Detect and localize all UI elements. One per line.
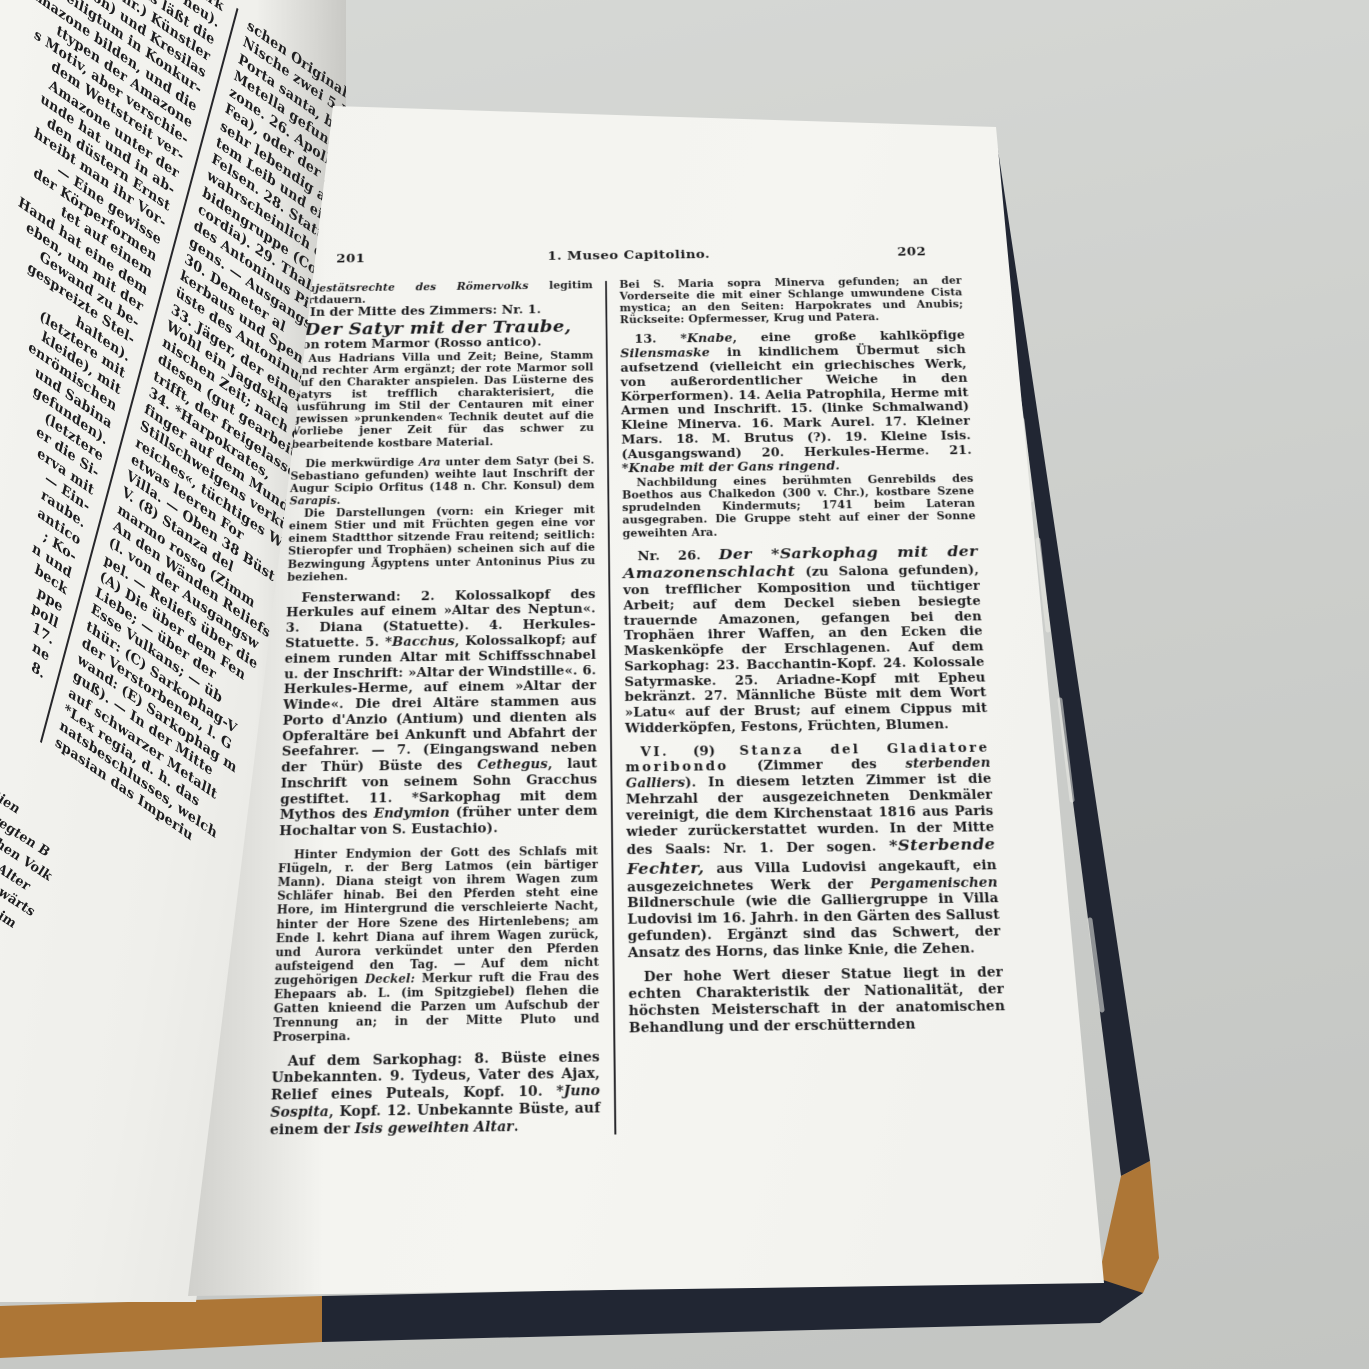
page-header: 201 1. Museo Capitolino. 202 xyxy=(292,244,966,266)
paragraph: Fensterwand: 2. Kolossalkopf des Herkule… xyxy=(279,588,598,841)
paragraph: *Der Satyr mit der Traube, xyxy=(295,317,593,339)
paragraph: Aus Hadrians Villa und Zeit; Beine, Stam… xyxy=(291,349,594,450)
paragraph: Die merkwürdige Ara unter dem Satyr (bei… xyxy=(289,454,594,508)
paragraph: Auf dem Sarkophag: 8. Büste eines Unbeka… xyxy=(270,1049,601,1139)
cover-corner-bottom-left xyxy=(0,1296,322,1358)
paragraph: 13. *Knabe, eine große kahlköpfige Silen… xyxy=(620,330,973,478)
column-right: Bei S. Maria sopra Minerva gefunden; an … xyxy=(607,275,1014,1135)
text-columns: Majestätsrechte des Römervolks legitim f… xyxy=(264,275,1019,1140)
page-content: 201 1. Museo Capitolino. 202 Majestätsre… xyxy=(262,244,1022,1197)
running-title: 1. Museo Capitolino. xyxy=(292,244,966,266)
column-left: Majestätsrechte des Römervolks legitim f… xyxy=(268,279,615,1139)
paragraph: Der hohe Wert dieser Statue liegt in der… xyxy=(628,966,1006,1038)
paragraph: VI. (9) Stanza del Gladiatore moribondo … xyxy=(625,741,1002,963)
paragraph: Die Darstellungen (vorn: ein Krieger mit… xyxy=(287,504,595,584)
paragraph: Nr. 26. Der *Sarkophag mit der Amazonens… xyxy=(623,543,989,738)
paragraph: Hinter Endymion der Gott des Schlafs mit… xyxy=(273,844,600,1045)
paragraph: Bei S. Maria sopra Minerva gefunden; an … xyxy=(619,275,964,327)
paragraph: Nachbildung eines berühmten Genrebilds d… xyxy=(622,473,977,540)
cover-corner-bottom-right xyxy=(1096,1161,1159,1293)
book-photo-scene: 9. Marktes (Kopf neu).n. Plinius läßt di… xyxy=(0,0,1369,1369)
